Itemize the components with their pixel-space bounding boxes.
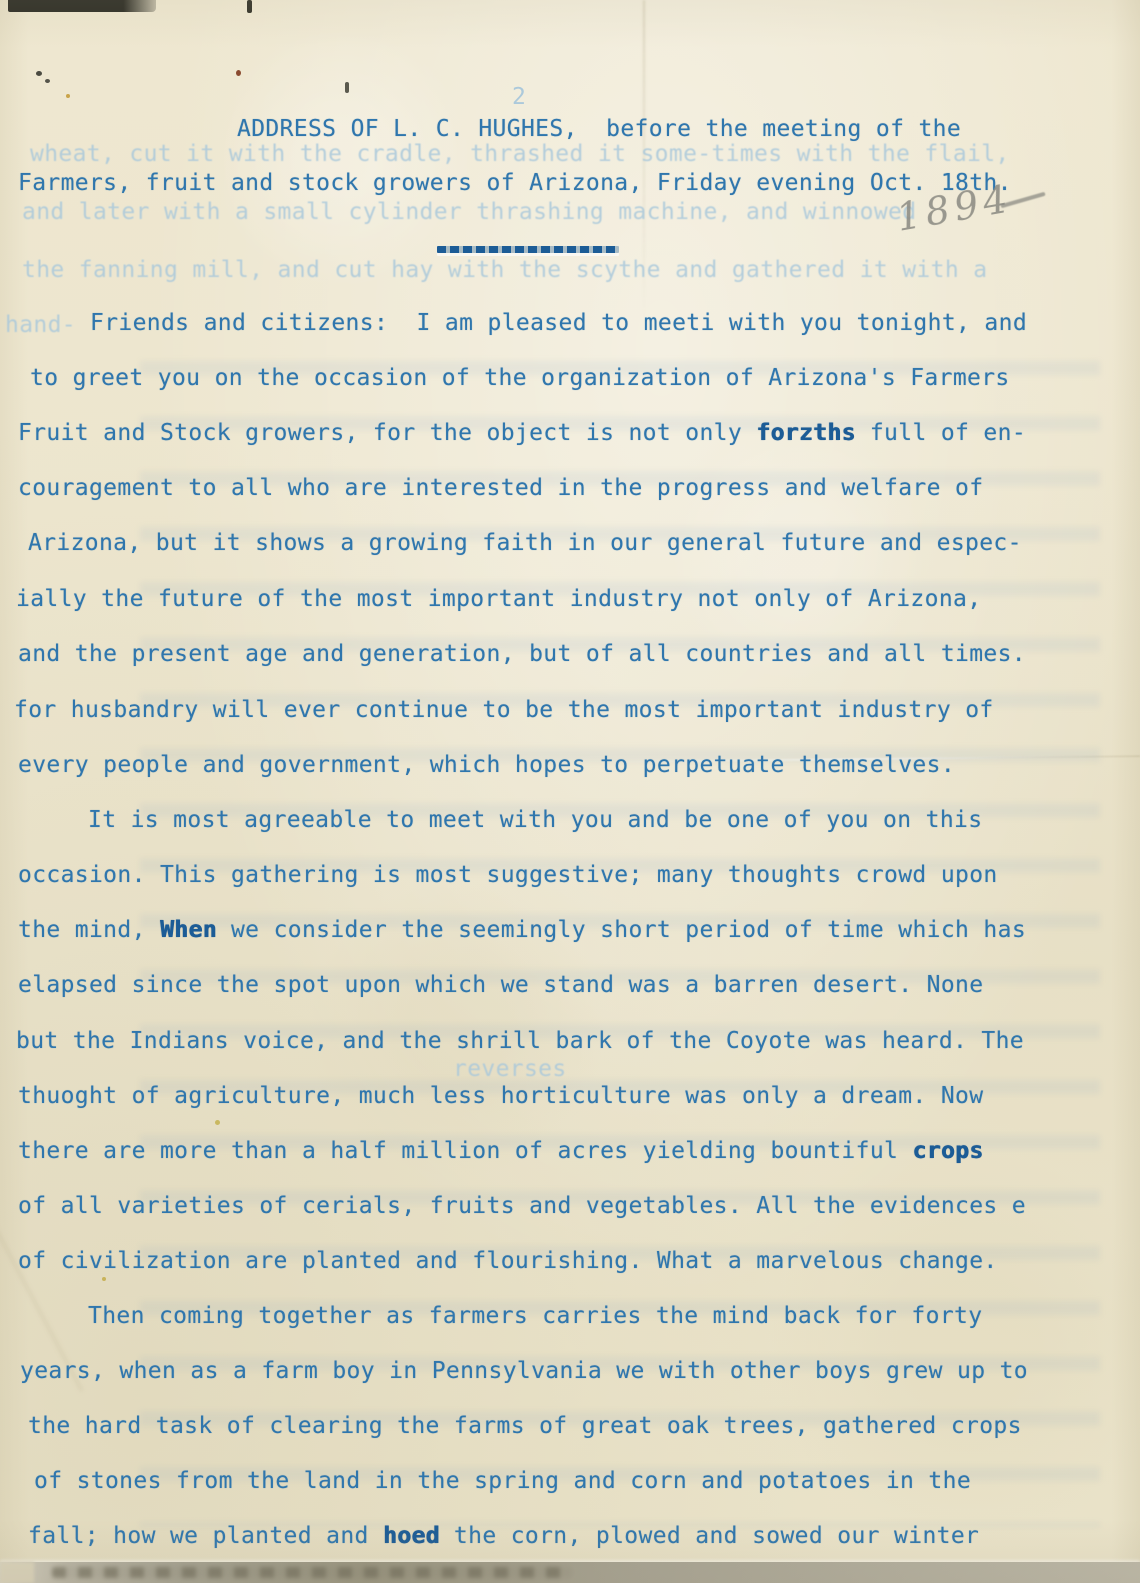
typed-line: couragement to all who are interested in… xyxy=(18,475,983,502)
page-number: 2 xyxy=(512,84,526,110)
typed-line: Fruit and Stock growers, for the object … xyxy=(18,420,1026,447)
paper-speck xyxy=(45,79,50,83)
typed-text: the corn, plowed and sowed our winter xyxy=(440,1523,980,1549)
typed-text: Then coming together as farmers carries … xyxy=(88,1303,982,1329)
scan-bottom-corner xyxy=(0,1562,34,1583)
typed-text: wheat, cut it with the cradle, thrashed … xyxy=(30,141,1010,167)
overstruck-word: When xyxy=(160,917,217,943)
ghost-text-line: wheat, cut it with the cradle, thrashed … xyxy=(30,141,1010,167)
typed-line: every people and government, which hopes… xyxy=(18,752,955,779)
typed-text: full of en- xyxy=(856,420,1026,446)
document-title-line-1: ADDRESS OF L. C. HUGHES, before the meet… xyxy=(237,116,961,143)
typed-line: elapsed since the spot upon which we sta… xyxy=(18,972,983,999)
typed-text: Friends and citizens: I am pleased to me… xyxy=(90,310,1027,336)
ghost-text-line: reverses xyxy=(453,1056,567,1082)
scanned-document-page: 2 wheat, cut it with the cradle, thrashe… xyxy=(0,0,1140,1583)
typed-text: the fanning mill, and cut hay with the s… xyxy=(22,257,987,283)
typed-text: and later with a small cylinder thrashin… xyxy=(22,199,916,225)
overstruck-word: hoed xyxy=(383,1523,440,1549)
paper-speck xyxy=(215,1120,220,1125)
typed-text: of civilization are planted and flourish… xyxy=(18,1248,998,1274)
typed-line: of civilization are planted and flourish… xyxy=(18,1248,998,1275)
typed-line: fall; how we planted and hoed the corn, … xyxy=(28,1523,979,1550)
typed-line: Arizona, but it shows a growing faith in… xyxy=(28,530,1022,557)
overstruck-word: crops xyxy=(912,1138,983,1164)
typed-text: ially the future of the most important i… xyxy=(16,586,981,612)
typed-line: occasion. This gathering is most suggest… xyxy=(18,862,998,889)
typed-text: every people and government, which hopes… xyxy=(18,752,955,778)
typed-line: to greet you on the occasion of the orga… xyxy=(30,365,1010,392)
typed-line: and the present age and generation, but … xyxy=(18,641,1026,668)
typed-text: hand- xyxy=(5,312,76,338)
typed-line: years, when as a farm boy in Pennsylvani… xyxy=(20,1358,1028,1385)
typed-line: the hard task of clearing the farms of g… xyxy=(28,1413,1022,1440)
typed-text: for husbandry will ever continue to be t… xyxy=(14,697,994,723)
typed-line: there are more than a half million of ac… xyxy=(18,1138,983,1165)
typed-text: but the Indians voice, and the shrill ba… xyxy=(16,1028,1024,1054)
typed-text: and the present age and generation, but … xyxy=(18,641,1026,667)
typed-line: Then coming together as farmers carries … xyxy=(88,1303,982,1330)
ghost-text-line: the fanning mill, and cut hay with the s… xyxy=(22,257,987,283)
typed-line: thuoght of agriculture, much less hortic… xyxy=(18,1083,983,1110)
paper-speck xyxy=(66,94,70,98)
overstruck-word: forzths xyxy=(756,420,855,446)
typed-line: the mind, When we consider the seemingly… xyxy=(18,917,1026,944)
typed-line: for husbandry will ever continue to be t… xyxy=(14,697,994,724)
typed-line: of all varieties of cerials, fruits and … xyxy=(18,1193,1026,1220)
typed-text: couragement to all who are interested in… xyxy=(18,475,983,501)
typed-line: of stones from the land in the spring an… xyxy=(34,1468,971,1495)
typed-line: Friends and citizens: I am pleased to me… xyxy=(90,310,1027,337)
cutoff-text-smear xyxy=(52,1567,572,1578)
typed-line: It is most agreeable to meet with you an… xyxy=(88,807,982,834)
ghost-text-line: hand- xyxy=(5,312,76,338)
typed-text: Arizona, but it shows a growing faith in… xyxy=(28,530,1022,556)
typed-divider-rule xyxy=(437,246,619,253)
typed-text: to greet you on the occasion of the orga… xyxy=(30,365,1010,391)
typed-text: occasion. This gathering is most suggest… xyxy=(18,862,998,888)
paper-mark xyxy=(345,82,349,93)
typed-text: there are more than a half million of ac… xyxy=(18,1138,912,1164)
typed-text: we consider the seemingly short period o… xyxy=(217,917,1026,943)
document-title-line-2: Farmers, fruit and stock growers of Ariz… xyxy=(18,170,1012,197)
paper-speck xyxy=(236,70,241,76)
typed-text: thuoght of agriculture, much less hortic… xyxy=(18,1083,983,1109)
typed-text: fall; how we planted and xyxy=(28,1523,383,1549)
typed-text: of all varieties of cerials, fruits and … xyxy=(18,1193,1026,1219)
typed-line: ially the future of the most important i… xyxy=(16,586,981,613)
typed-line: but the Indians voice, and the shrill ba… xyxy=(16,1028,1024,1055)
scan-edge-artifact xyxy=(8,0,156,12)
scan-bottom-edge xyxy=(0,1562,1140,1583)
typed-text: reverses xyxy=(453,1056,567,1082)
paper-speck xyxy=(102,1277,106,1281)
typed-text: the hard task of clearing the farms of g… xyxy=(28,1413,1022,1439)
paper-speck xyxy=(36,71,42,76)
scan-edge-mark xyxy=(247,0,252,13)
typed-text: of stones from the land in the spring an… xyxy=(34,1468,971,1494)
typed-text: elapsed since the spot upon which we sta… xyxy=(18,972,983,998)
typed-text: It is most agreeable to meet with you an… xyxy=(88,807,982,833)
typed-text: Fruit and Stock growers, for the object … xyxy=(18,420,756,446)
typed-text: years, when as a farm boy in Pennsylvani… xyxy=(20,1358,1028,1384)
typed-text: the mind, xyxy=(18,917,160,943)
ghost-text-line: and later with a small cylinder thrashin… xyxy=(22,199,916,225)
